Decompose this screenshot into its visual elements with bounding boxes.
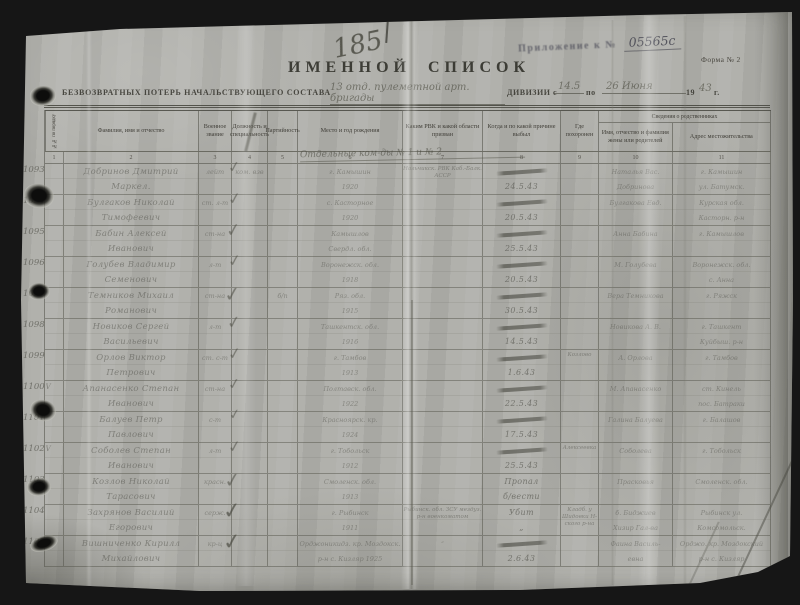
col-num: 1 (45, 152, 64, 163)
pencil-stroke (495, 354, 547, 361)
cell-date-left: 30.5.43 (483, 288, 561, 318)
cell-party: б/п (268, 288, 298, 318)
document-subtitle: БЕЗВОЗВРАТНЫХ ПОТЕРЬ НАЧАЛЬСТВУЮЩЕГО СОС… (62, 88, 331, 97)
cell-date-left: 20.5.43 (483, 257, 561, 287)
cell-address: г. Тамбов (673, 350, 771, 380)
row-number-handwritten: 1093 (23, 165, 44, 175)
cell-date-left: Убит„ (483, 505, 561, 535)
cell-index (45, 443, 64, 473)
cell-party (268, 443, 298, 473)
cell-relative: Наталья Вас.Добринова (599, 164, 673, 194)
cell-address: Курская обл.Касторн. р-н (673, 195, 771, 225)
cell-burial (561, 226, 599, 256)
cell-birthplace: Ташкентск. обл.1916 (298, 319, 403, 349)
cell-rvk (403, 195, 483, 225)
cell-party (268, 381, 298, 411)
cell-burial (561, 195, 599, 225)
cell-burial (561, 319, 599, 349)
cell-date-left: 17.5.43 (483, 412, 561, 442)
po-label: по (586, 88, 596, 97)
cell-rvk: Нальчикск. РВК Каб.-Балк. АССР (403, 164, 483, 194)
cell-name: Козлов НиколайТарасович (64, 474, 199, 504)
col-group-relatives: Сведения о родственниках Имя, отчество и… (599, 111, 771, 151)
cell-index (45, 350, 64, 380)
table-row: 1103Козлов НиколайТарасовичкрасн.✓Смолен… (45, 474, 771, 505)
cell-relative: Анна Бабина (599, 226, 673, 256)
cell-rvk (403, 319, 483, 349)
cell-burial (561, 381, 599, 411)
cell-name: Апанасенко СтепанИванович (64, 381, 199, 411)
cell-address: Орджо. кр. Моздокскийр-н с. Кизляр (673, 536, 771, 566)
table-header: №№ по порядку Фамилия, имя и отчество Во… (45, 110, 771, 152)
cell-name: Балуев ПетрПавлович (64, 412, 199, 442)
row-number-handwritten: 1096 (23, 258, 44, 268)
cell-relative: А. Орлова (599, 350, 673, 380)
cell-name: Вишниченко КириллМихайлович (64, 536, 199, 566)
cell-name: Захрянов ВасилийЕгорович (64, 505, 199, 535)
cell-rvk (403, 381, 483, 411)
col-header-party: Партийность (268, 111, 298, 151)
pencil-stroke (495, 199, 547, 206)
cell-party (268, 412, 298, 442)
col-num: 11 (673, 152, 771, 163)
table-row: 1097Темников МихаилРомановичст-на✓б/пРяз… (45, 288, 771, 319)
cell-burial (561, 412, 599, 442)
cell-address: г. Балашов (673, 412, 771, 442)
cell-relative: М. Голубева (599, 257, 673, 287)
cell-relative: Галина Балуева (599, 412, 673, 442)
table-row: 1098Новиков СергейВасильевичл-т✓Ташкентс… (45, 319, 771, 350)
cell-party (268, 474, 298, 504)
cell-birthplace: Воронежск. обл.1918 (298, 257, 403, 287)
cell-burial (561, 474, 599, 504)
cell-name: Соболев СтепанИванович (64, 443, 199, 473)
cell-birthplace: с. Касторное1920 (298, 195, 403, 225)
cell-rvk (403, 288, 483, 318)
from-date-handwritten: 14.5 (554, 81, 584, 94)
cell-rvk (403, 350, 483, 380)
cell-burial: Кладб. у Шидовки Н-ского р-на (561, 505, 599, 535)
cell-duty (232, 536, 268, 566)
row-number-handwritten: 1098 (23, 320, 44, 330)
col-header-relative: Имя, отчество и фамилия жены или родител… (599, 123, 673, 151)
row-number-handwritten: 1100V (23, 382, 44, 392)
pencil-stroke (495, 230, 547, 237)
document-title: ИМЕННОЙ СПИСОК (288, 59, 530, 77)
cell-date-left: 24.5.43 (483, 164, 561, 194)
year-suffix: г. (714, 88, 720, 97)
cell-address: г. ТашкентКуйбыш. р-н (673, 319, 771, 349)
cell-party (268, 257, 298, 287)
col-header-rvk: Каким РВК и какой области призван (403, 111, 483, 151)
pencil-stroke (495, 416, 547, 423)
col-num: 2 (64, 152, 199, 163)
table-row: 1100VАпанасенко СтепанИвановичст-на✓Полт… (45, 381, 771, 412)
cell-burial (561, 288, 599, 318)
cell-address: Смоленск. обл. (673, 474, 771, 504)
cell-birthplace: г. Камышин1920 (298, 164, 403, 194)
cell-name: Темников МихаилРоманович (64, 288, 199, 318)
cell-relative: Булгакова Евд. (599, 195, 673, 225)
form-label: Форма № 2 (701, 55, 741, 64)
cell-rvk (403, 257, 483, 287)
cell-name: Новиков СергейВасильевич (64, 319, 199, 349)
cell-relative: б. БиджиевХизир Гал-ва (599, 505, 673, 535)
cell-relative: Новикова А. В. (599, 319, 673, 349)
cell-party (268, 319, 298, 349)
cell-party (268, 350, 298, 380)
cell-date-left: Пропалб/вести (483, 474, 561, 504)
cell-index (45, 319, 64, 349)
row-number-handwritten: 1095 (23, 227, 44, 237)
cell-rvk (403, 226, 483, 256)
col-header-name: Фамилия, имя и отчество (64, 111, 199, 151)
cell-name: Голубев ВладимирСеменович (64, 257, 199, 287)
cell-birthplace: Красноярск. кр.1924 (298, 412, 403, 442)
cell-party (268, 505, 298, 535)
cell-burial (561, 164, 599, 194)
year-handwritten: 43 (699, 83, 712, 94)
cell-party (268, 226, 298, 256)
row-number-handwritten: 1102V (23, 444, 44, 454)
cell-relative: Соболева (599, 443, 673, 473)
cell-party (268, 164, 298, 194)
cell-burial: Козлово (561, 350, 599, 380)
cell-rvk: „ (403, 536, 483, 566)
stamp-text: Приложение к № (518, 39, 617, 54)
table-row: 1096Голубев ВладимирСеменовичл-т✓Воронеж… (45, 257, 771, 288)
table-top-rule (44, 105, 770, 108)
cell-burial: Алексеевка (561, 443, 599, 473)
cell-index (45, 257, 64, 287)
cell-birthplace: Орджоникидз. кр. Моздокск.р-н с. Кизляр … (298, 536, 403, 566)
cell-date-left: 2.6.43 (483, 536, 561, 566)
year-prefix: 19 (686, 88, 695, 97)
cell-birthplace: Смоленск. обл.1913 (298, 474, 403, 504)
col-header-rank: Военное звание (199, 111, 232, 151)
pencil-stroke (495, 323, 547, 330)
cell-rvk (403, 443, 483, 473)
table-rows: 1093Добринов ДмитрийМаркел.лейт✓ком. взв… (45, 164, 771, 567)
col-header-index: №№ по порядку (45, 111, 64, 151)
cell-name: Булгаков НиколайТимофеевич (64, 195, 199, 225)
stamp-number: 05565с (623, 32, 680, 51)
table-row: 1099Орлов ВикторПетровичст. с-т✓г. Тамбо… (45, 350, 771, 381)
col-header-buried: Где похоронен (561, 111, 599, 151)
cell-relative: Прасковья (599, 474, 673, 504)
col-header-address: Адрес местожительства (673, 123, 770, 151)
row-number-handwritten: 1099 (23, 351, 44, 361)
paper-sheet: Приложение к № 05565с Форма № 2 185 ИМЕН… (0, 0, 800, 605)
ink-stroke (385, 21, 389, 43)
table-row: 1104Захрянов ВасилийЕгоровичсерж.✓г. Рыб… (45, 505, 771, 536)
cell-relative: Фаина Василь-евна (599, 536, 673, 566)
cell-name: Бабин АлексейИванович (64, 226, 199, 256)
stamp: Приложение к № 05565с (518, 32, 681, 56)
cell-birthplace: г. Тобольск1912 (298, 443, 403, 473)
scanned-document: Приложение к № 05565с Форма № 2 185 ИМЕН… (0, 0, 800, 605)
table-row: 1101Балуев ПетрПавловичс-т✓Красноярск. к… (45, 412, 771, 443)
cell-date-left: 22.5.43 (483, 381, 561, 411)
table-row: 1102VСоболев СтепанИвановичл-т✓г. Тоболь… (45, 443, 771, 474)
table-row: 1105Вишниченко КириллМихайловичкр-ц✓Ордж… (45, 536, 771, 567)
col-num: 10 (599, 152, 673, 163)
cell-date-left: 25.5.43 (483, 443, 561, 473)
cell-relative: Вера Темникова (599, 288, 673, 318)
cell-address: г. Камышлов (673, 226, 771, 256)
cell-address: Воронежск. обл.с. Анна (673, 257, 771, 287)
col-header-birth: Место и год рождения (298, 111, 403, 151)
cell-rvk (403, 474, 483, 504)
cell-date-left: 1.6.43 (483, 350, 561, 380)
col-num: 5 (268, 152, 298, 163)
unit-name-handwritten: 13 отд. пулеметной арт. бригады (330, 82, 505, 105)
table-row: 1095Бабин АлексейИвановичст-на✓КамышловС… (45, 226, 771, 257)
cell-date-left: 25.5.43 (483, 226, 561, 256)
cell-birthplace: КамышловСвердл. обл. (298, 226, 403, 256)
cell-address: Рыбинск ул.Комсомольск. (673, 505, 771, 535)
cell-index (45, 505, 64, 535)
pencil-stroke (495, 447, 547, 454)
cell-date-left: 14.5.43 (483, 319, 561, 349)
cell-burial (561, 536, 599, 566)
cell-name: Орлов ВикторПетрович (64, 350, 199, 380)
pencil-stroke (495, 261, 547, 268)
cell-address: г. Камышинул. Батумск. (673, 164, 771, 194)
cell-birthplace: Полтавск. обл.1922 (298, 381, 403, 411)
cell-date-left: 20.5.43 (483, 195, 561, 225)
cell-address: ст. Кинельпос. Батраки (673, 381, 771, 411)
cell-index (45, 226, 64, 256)
cell-birthplace: Ряз. обл.1915 (298, 288, 403, 318)
cell-party (268, 195, 298, 225)
division-label: ДИВИЗИИ с (507, 88, 557, 97)
pencil-stroke (495, 292, 547, 299)
table-row: 1094Булгаков НиколайТимофеевичст. л-т✓с.… (45, 195, 771, 226)
cell-burial (561, 257, 599, 287)
cell-relative: М. Апанасенко (599, 381, 673, 411)
to-date-handwritten: 26 Июня (602, 81, 686, 94)
pencil-stroke (495, 385, 547, 392)
cell-address: г. Тобольск (673, 443, 771, 473)
cell-name: Добринов ДмитрийМаркел. (64, 164, 199, 194)
group-header: Сведения о родственниках (599, 111, 770, 123)
cell-birthplace: г. Рыбинск1911 (298, 505, 403, 535)
cell-rank: кр-ц✓ (199, 536, 232, 566)
pencil-stroke (495, 540, 547, 547)
cell-party (268, 536, 298, 566)
cell-birthplace: г. Тамбов1913 (298, 350, 403, 380)
table-row: 1093Добринов ДмитрийМаркел.лейт✓ком. взв… (45, 164, 771, 195)
row-number-handwritten: 1104 (23, 506, 44, 516)
cell-rvk: Рыбинск. обл. ЗСУ мездуз. р-н военкомато… (403, 505, 483, 535)
cell-rank: ст-на✓ (199, 381, 232, 411)
cell-address: г. Ряжск (673, 288, 771, 318)
cell-rvk (403, 412, 483, 442)
pencil-stroke (495, 168, 547, 175)
losses-table: №№ по порядку Фамилия, имя и отчество Во… (44, 110, 771, 567)
col-num: 9 (561, 152, 599, 163)
